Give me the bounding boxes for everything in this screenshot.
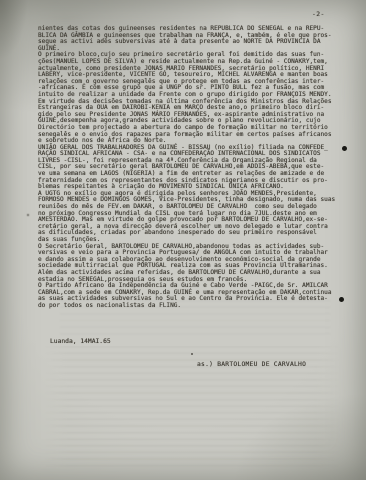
document-body-text: nientes das cotas dos guineenses residen…	[38, 26, 342, 310]
scan-corner-smudge	[0, 0, 28, 60]
scan-ink-dot	[339, 297, 344, 302]
scan-ink-dot	[342, 146, 347, 151]
dateline: Luanda, 14MAI.65	[50, 338, 111, 345]
scanned-document-page: -2- nientes das cotas dos guineenses res…	[0, 0, 366, 480]
page-number: -2-	[312, 11, 325, 18]
bleed-through-text-faint	[60, 300, 330, 336]
scan-speck	[191, 353, 193, 355]
bleed-through-text-faint	[44, 346, 340, 468]
scan-speck	[27, 214, 29, 216]
